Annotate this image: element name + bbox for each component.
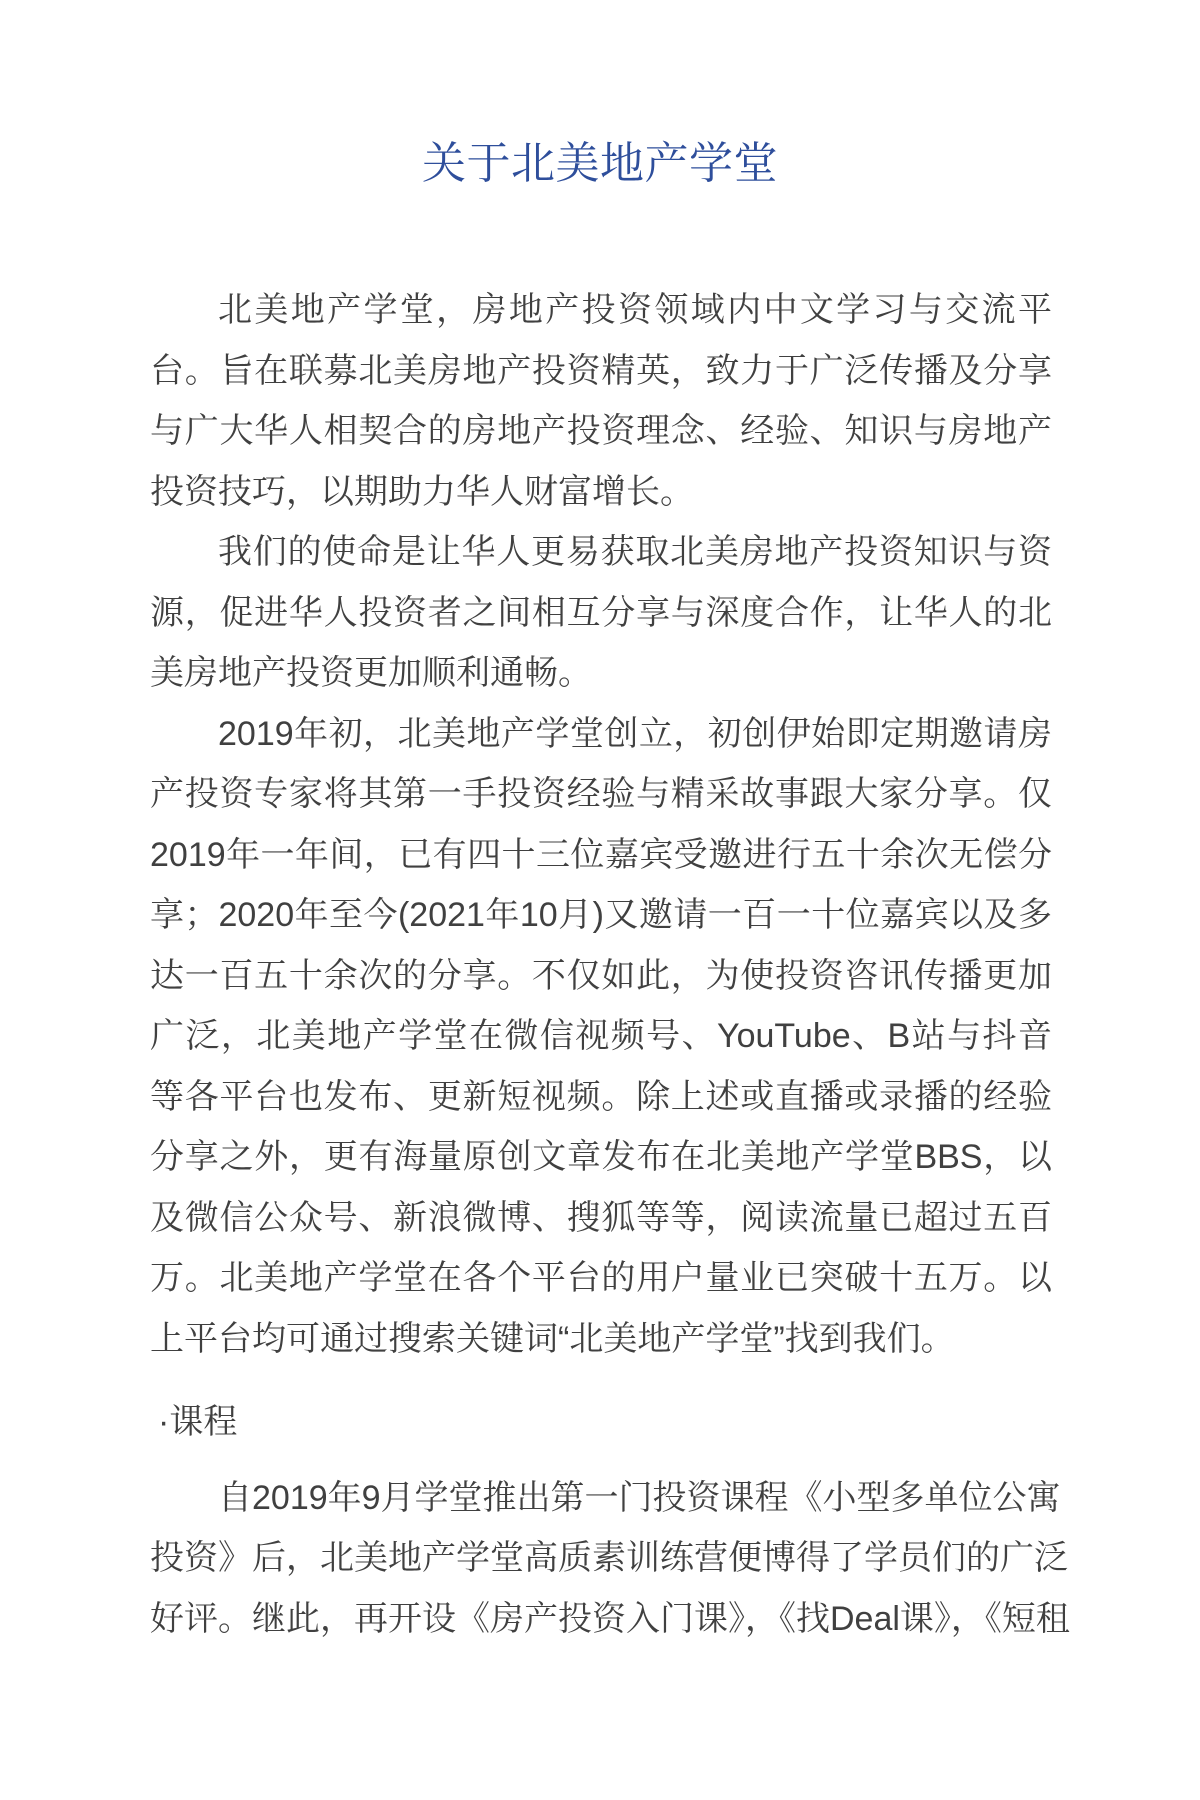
- text-line: 我们的使命是让华人更易获取北美房地产投资知识与资: [150, 522, 1052, 583]
- text-line: 2019年初，北美地产学堂创立，初创伊始即定期邀请房: [150, 704, 1052, 765]
- text-line: 广泛，北美地产学堂在微信视频号、YouTube、B站与抖音: [150, 1006, 1052, 1067]
- text-line: 及微信公众号、新浪微博、搜狐等等，阅读流量已超过五百: [150, 1188, 1052, 1249]
- document-body: 北美地产学堂，房地产投资领域内中文学习与交流平 台。旨在联募北美房地产投资精英，…: [150, 280, 1052, 1649]
- text-line: 好评。继此，再开设《房产投资入门课》，《找Deal课》，《短租: [150, 1589, 1052, 1650]
- text-line: 2019年一年间，已有四十三位嘉宾受邀进行五十余次无偿分: [150, 825, 1052, 886]
- paragraph-courses: 自2019年9月学堂推出第一门投资课程《小型多单位公寓 投资》后，北美地产学堂高…: [150, 1468, 1052, 1650]
- text-line: 等各平台也发布、更新短视频。除上述或直播或录播的经验: [150, 1067, 1052, 1128]
- paragraph-intro: 北美地产学堂，房地产投资领域内中文学习与交流平 台。旨在联募北美房地产投资精英，…: [150, 280, 1052, 522]
- document-title: 关于北美地产学堂: [0, 138, 1200, 190]
- paragraph-mission: 我们的使命是让华人更易获取北美房地产投资知识与资 源，促进华人投资者之间相互分享…: [150, 522, 1052, 704]
- text-line: 分享之外，更有海量原创文章发布在北美地产学堂BBS，以: [150, 1127, 1052, 1188]
- text-line: 自2019年9月学堂推出第一门投资课程《小型多单位公寓: [150, 1468, 1052, 1529]
- section-heading-courses: ·课程: [150, 1392, 1052, 1453]
- text-line: 万。北美地产学堂在各个平台的用户量业已突破十五万。以: [150, 1248, 1052, 1309]
- text-line: 投资技巧，以期助力华人财富增长。: [150, 462, 1052, 523]
- text-line: 台。旨在联募北美房地产投资精英，致力于广泛传播及分享: [150, 341, 1052, 402]
- text-line: 源，促进华人投资者之间相互分享与深度合作，让华人的北: [150, 583, 1052, 644]
- text-line: 与广大华人相契合的房地产投资理念、经验、知识与房地产: [150, 401, 1052, 462]
- text-line: 产投资专家将其第一手投资经验与精采故事跟大家分享。仅: [150, 764, 1052, 825]
- text-line: 北美地产学堂，房地产投资领域内中文学习与交流平: [150, 280, 1052, 341]
- text-line: 享；2020年至今(2021年10月)又邀请一百一十位嘉宾以及多: [150, 885, 1052, 946]
- text-line: 上平台均可通过搜索关键词“北美地产学堂”找到我们。: [150, 1309, 1052, 1370]
- document-page: 关于北美地产学堂 北美地产学堂，房地产投资领域内中文学习与交流平 台。旨在联募北…: [0, 0, 1200, 1800]
- text-line: 美房地产投资更加顺利通畅。: [150, 643, 1052, 704]
- text-line: 达一百五十余次的分享。不仅如此，为使投资咨讯传播更加: [150, 946, 1052, 1007]
- paragraph-history: 2019年初，北美地产学堂创立，初创伊始即定期邀请房 产投资专家将其第一手投资经…: [150, 704, 1052, 1370]
- text-line: 投资》后，北美地产学堂高质素训练营便博得了学员们的广泛: [150, 1528, 1052, 1589]
